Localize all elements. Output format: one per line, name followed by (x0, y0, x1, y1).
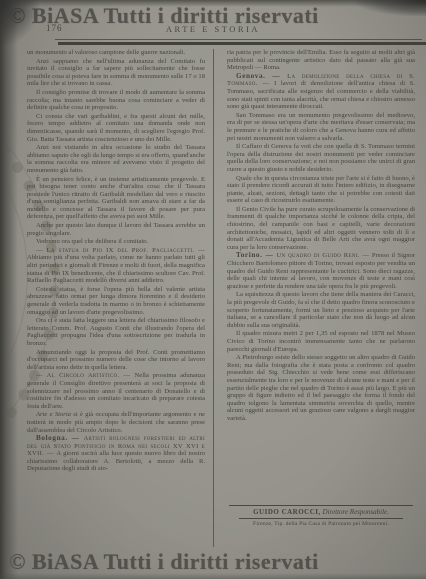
right-column: ria patria per le provincie dell'Emilia.… (227, 49, 415, 424)
left-column: un monumento al valoroso campione delle … (27, 49, 205, 474)
paragraph: Ora ci è stata fatta leggere una lettera… (27, 317, 205, 347)
section-title: — Al Circolo Artistico. — (36, 372, 135, 379)
paragraph: Bologna. — Artisti bolognesi forestieri … (27, 435, 205, 473)
paragraph: San Tommaso era un monumento pregevoliss… (227, 112, 415, 142)
section-city-label: Bologna. — (36, 434, 83, 442)
paragraph: Quale che in questa circostanza triste p… (227, 175, 415, 205)
paragraph: Anzi noi visitando in altra occasione lo… (27, 144, 205, 174)
editor-role: Direttore Responsabile. (323, 508, 389, 516)
editor-name: GUIDO CAROCCI, (253, 508, 321, 516)
paragraph: Vedremo ora quel che delibera il comitat… (27, 238, 205, 246)
paragraph: Il quadro misura metri 2 per 1,35 ed esp… (227, 330, 415, 353)
scan-edge-left (0, 0, 18, 579)
paragraph: Annunziando oggi la proposta del Prof. C… (27, 349, 205, 372)
section-title: — La statua di Pio IX del Prof. Pagliacc… (36, 247, 205, 254)
paragraph: un monumento al valoroso campione delle … (27, 49, 205, 57)
paragraph: È un pensiero felice, è un insieme artis… (27, 176, 205, 222)
scanned-journal-page: © BiASA Tutti i diritti riservati 176 AR… (0, 0, 426, 579)
paragraph: La squisitezza di questo lavoro che tien… (227, 291, 415, 329)
column-divider (213, 49, 214, 547)
paragraph: Genova. — La demolizione della chiesa di… (227, 73, 415, 111)
section-city-label: Genova. — (236, 72, 287, 80)
paragraph: Il Genio Civile ha pure curato scrupolos… (227, 206, 415, 252)
paragraph: ria patria per le provincie dell'Emilia.… (227, 49, 415, 72)
paragraph: A Pietroburgo esiste dello stesso sogget… (227, 354, 415, 422)
paragraph: — La statua di Pio IX del Prof. Pagliacc… (27, 247, 205, 285)
paragraph: Arte e Storia si è già occupata dell'imp… (27, 411, 205, 434)
paragraph: Il consiglio promise di trovare il modo … (27, 89, 205, 112)
editor-line: GUIDO CAROCCI, Direttore Responsabile. (227, 506, 415, 518)
section-title: Un quadro di Guido Reni. — (276, 252, 371, 259)
scan-corner-top-right (356, 0, 426, 16)
italic-lead: Arte e Storia (36, 411, 71, 418)
imprint-line: Firenze, Tip. della Pia Casa di Patronat… (227, 519, 415, 529)
paragraph: Torino. — Un quadro di Guido Reni. — Pre… (227, 252, 415, 290)
watermark-bottom: © BiASA Tutti i diritti riservati (9, 549, 319, 575)
paragraph: Il Caffaro di Genova fa voti che con que… (227, 143, 415, 173)
header-rule-thick (58, 42, 426, 45)
footer: GUIDO CAROCCI, Direttore Responsabile. F… (227, 505, 415, 529)
scan-corner-top-left (0, 0, 40, 46)
paragraph: — Al Circolo Artistico. — Nella prossima… (27, 372, 205, 410)
paragraph: Ci consta che vari garibaldini, e fra qu… (27, 113, 205, 143)
section-city-label: Torino. — (236, 251, 276, 259)
paragraph: Cotesta statua, è forse l'opera più bell… (27, 286, 205, 316)
scan-edge-bottom (0, 573, 426, 579)
paragraph: Anche per questo lato dunque il lavoro d… (27, 222, 205, 237)
paragraph: Anzi sappiamo che nell'ultima adunanza d… (27, 58, 205, 88)
header-rule-thin (55, 39, 422, 40)
